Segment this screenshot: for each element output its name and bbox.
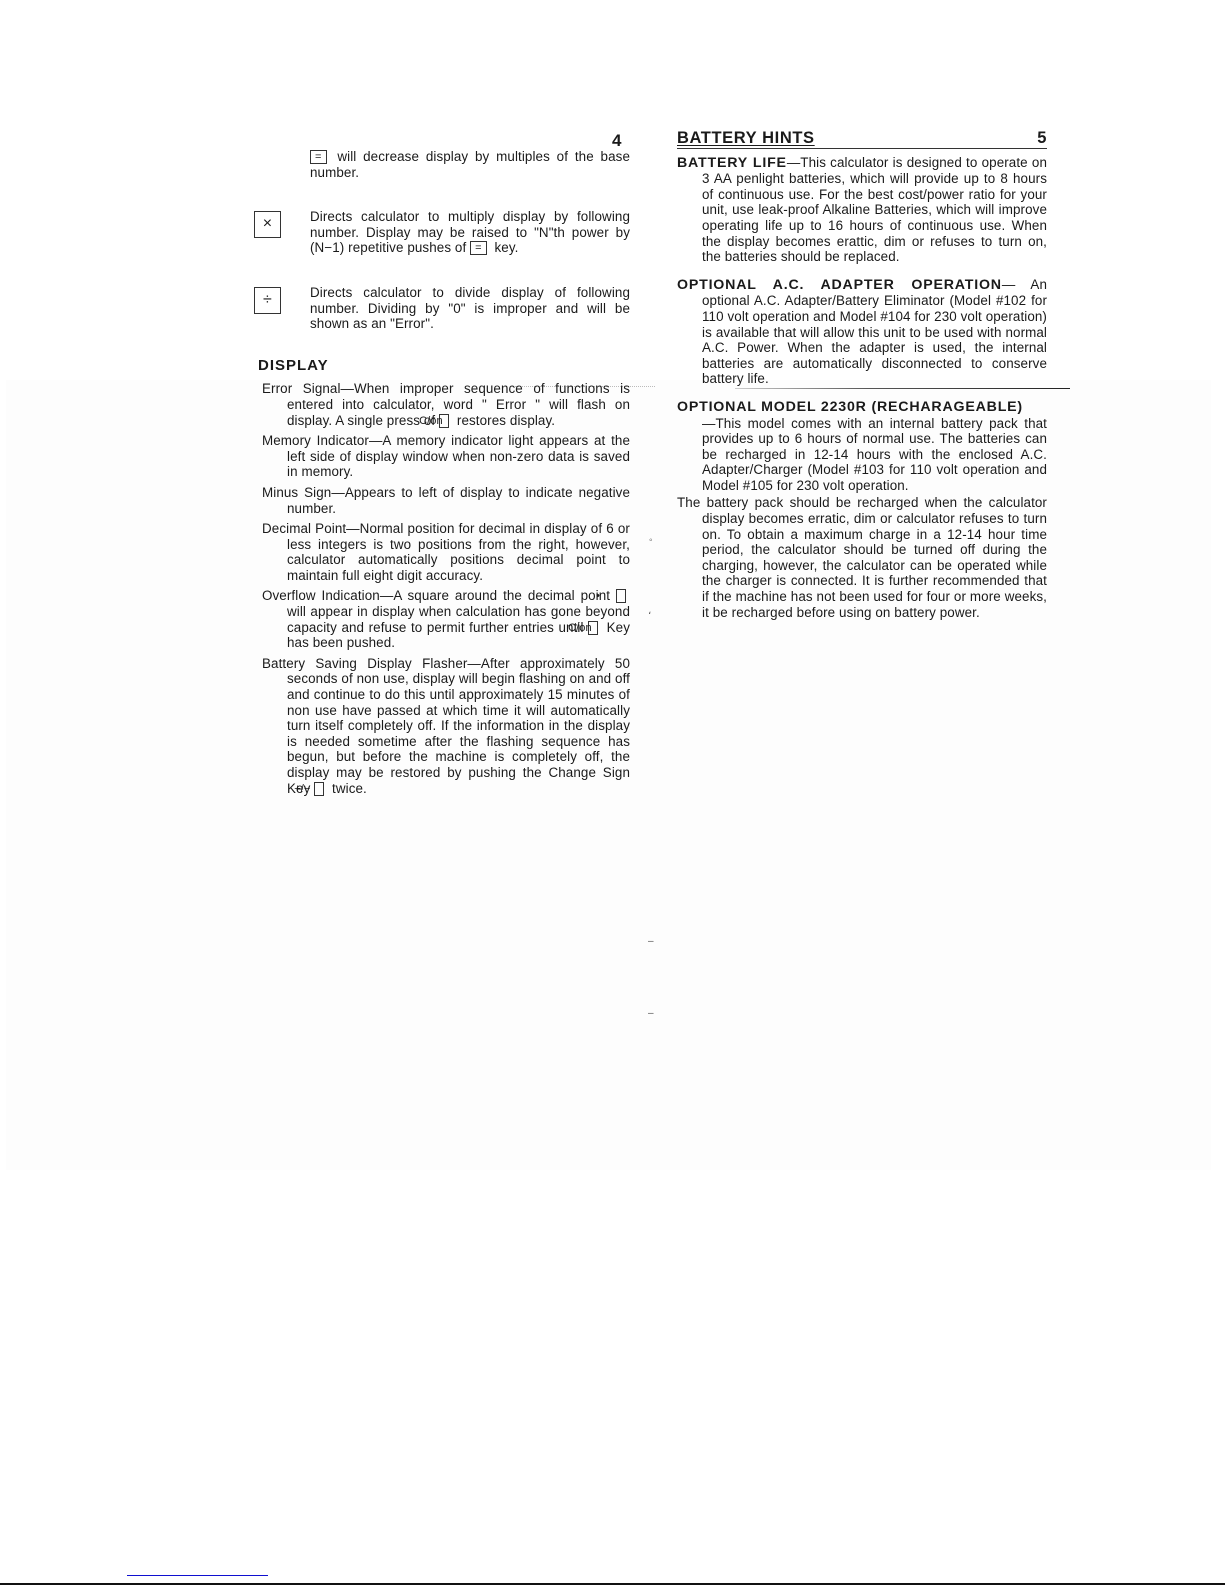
ac-adapter-entry: OPTIONAL A.C. ADAPTER OPERATION— An opti…: [677, 277, 1047, 387]
entry-heading: OPTIONAL A.C. ADAPTER OPERATION: [677, 277, 1002, 293]
entry-text-tail: restores display.: [457, 413, 555, 428]
entry-heading: OPTIONAL MODEL 2230R (RECHARAGEABLE): [677, 399, 1023, 415]
multiply-text-tail: key.: [495, 240, 519, 255]
divide-key-description: Directs calculator to divide display of …: [262, 285, 630, 332]
divide-key-icon: ÷: [254, 287, 281, 314]
display-entry-memory-indicator: Memory Indicator—A memory indicator ligh…: [262, 433, 630, 480]
divide-key-item: ÷ Directs calculator to divide display o…: [262, 285, 630, 332]
display-entry-decimal-point: Decimal Point—Normal position for decima…: [262, 521, 630, 583]
entry-text: Decimal Point—Normal position for decima…: [262, 521, 630, 583]
display-entry-overflow: Overflow Indication—A square around the …: [262, 588, 630, 650]
left-page: = will decrease display by multiples of …: [262, 131, 630, 801]
display-entry-battery-saving-flasher: Battery Saving Display Flasher—After app…: [262, 656, 630, 796]
clear-on-key-icon: C/on: [439, 414, 449, 428]
display-entry-error-signal: Error Signal—When improper sequence of f…: [262, 381, 630, 428]
multiply-key-icon: ×: [254, 211, 281, 238]
section-title-display: DISPLAY: [258, 358, 630, 374]
battery-life-entry: BATTERY LIFE—This calculator is designed…: [677, 155, 1047, 265]
page-number-right: 5: [1037, 131, 1047, 147]
entry-text: —This model comes with an internal batte…: [702, 416, 1047, 493]
entry-text: —This calculator is designed to operate …: [702, 155, 1047, 265]
continuation-text: = will decrease display by multiples of …: [262, 149, 630, 180]
continuation-body: will decrease display by multiples of th…: [310, 149, 630, 180]
clear-on-key-icon: C/on: [588, 621, 598, 635]
page-header-right: BATTERY HINTS 5: [677, 131, 1047, 149]
entry-text-tail: twice.: [332, 781, 367, 796]
link-underline[interactable]: [127, 1575, 268, 1576]
change-sign-key-icon: +/−: [314, 782, 324, 796]
scan-speck: ،: [648, 606, 651, 617]
entry-heading: BATTERY LIFE: [677, 155, 787, 171]
scan-speck: –: [648, 1008, 654, 1019]
entry-text: — An optional A.C. Adapter/Battery Elimi…: [702, 277, 1047, 387]
entry-text: Minus Sign—Appears to left of display to…: [262, 485, 630, 516]
decimal-square-icon: •: [616, 589, 626, 603]
divide-text: Directs calculator to divide display of …: [310, 285, 630, 331]
entry-text: Overflow Indication—A square around the …: [262, 588, 610, 603]
rechargeable-model-entry: OPTIONAL MODEL 2230R (RECHARAGEABLE)—Thi…: [677, 399, 1047, 494]
equals-key-icon: =: [470, 241, 487, 255]
multiply-key-item: × Directs calculator to multiply display…: [262, 209, 630, 256]
equals-key-icon: =: [310, 150, 327, 164]
entry-text: Memory Indicator—A memory indicator ligh…: [262, 433, 630, 479]
multiply-key-description: Directs calculator to multiply display b…: [262, 209, 630, 256]
scan-speck: –: [648, 936, 654, 947]
entry-text: Battery Saving Display Flasher—After app…: [262, 656, 630, 796]
page-title: BATTERY HINTS: [677, 131, 815, 147]
right-page: BATTERY HINTS 5 BATTERY LIFE—This calcul…: [677, 131, 1047, 632]
display-entry-minus-sign: Minus Sign—Appears to left of display to…: [262, 485, 630, 516]
recharge-instructions: The battery pack should be recharged whe…: [677, 495, 1047, 620]
scan-speck: ◦: [649, 535, 653, 546]
